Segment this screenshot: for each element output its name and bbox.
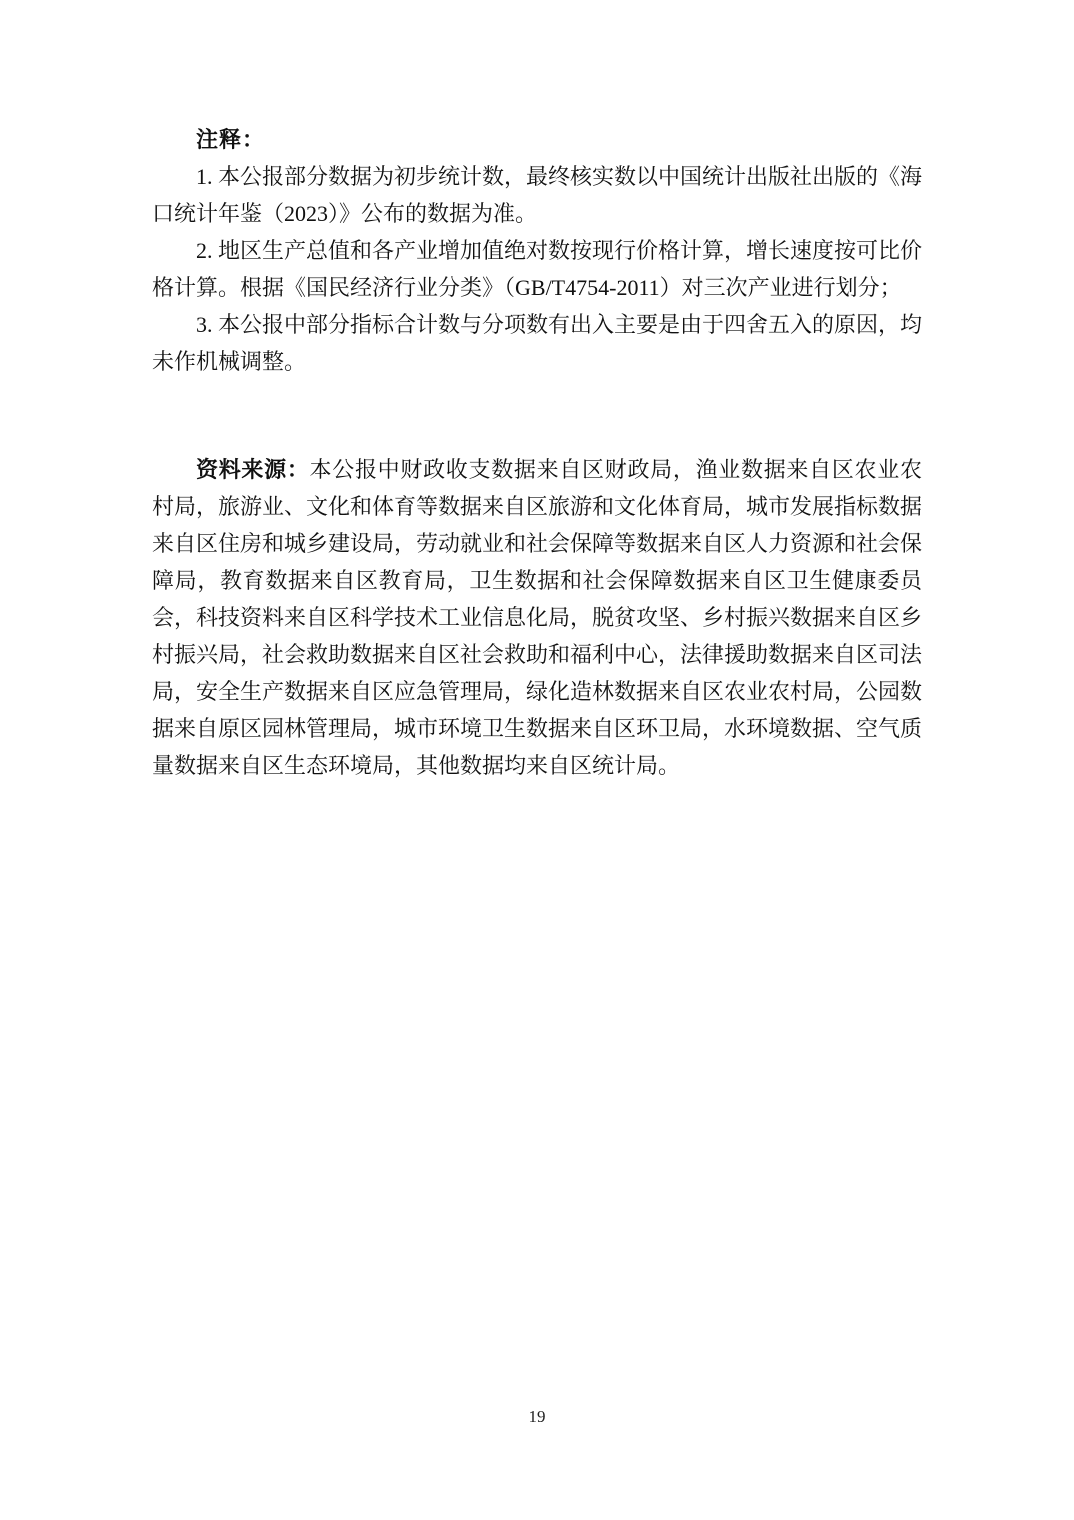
notes-heading: 注释： (152, 121, 922, 158)
sources-text: 本公报中财政收支数据来自区财政局，渔业数据来自区农业农村局，旅游业、文化和体育等… (152, 457, 922, 778)
page-number: 19 (529, 1407, 546, 1426)
page-footer: 19 (0, 1405, 1074, 1429)
document-page: 注释： 1. 本公报部分数据为初步统计数，最终核实数以中国统计出版社出版的《海口… (0, 0, 1074, 1520)
page-content: 注释： 1. 本公报部分数据为初步统计数，最终核实数以中国统计出版社出版的《海口… (152, 121, 922, 784)
sources-paragraph: 资料来源：本公报中财政收支数据来自区财政局，渔业数据来自区农业农村局，旅游业、文… (152, 451, 922, 784)
sources-label: 资料来源： (196, 457, 310, 482)
note-item-2: 2. 地区生产总值和各产业增加值绝对数按现行价格计算，增长速度按可比价格计算。根… (152, 232, 922, 306)
note-item-3: 3. 本公报中部分指标合计数与分项数有出入主要是由于四舍五入的原因，均未作机械调… (152, 306, 922, 380)
note-item-1: 1. 本公报部分数据为初步统计数，最终核实数以中国统计出版社出版的《海口统计年鉴… (152, 158, 922, 232)
